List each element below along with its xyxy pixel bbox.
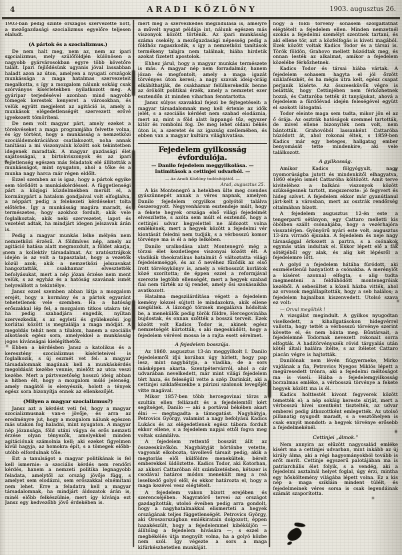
- column-left: 1903-ban pedig szinte országos szervezet…: [5, 22, 131, 550]
- ink-speck: [395, 168, 397, 171]
- subsection-heading: A gyilkosság.: [273, 159, 398, 165]
- subsection-heading: Cettinjei „álmok.”: [273, 435, 398, 441]
- ink-speck: [397, 300, 399, 302]
- paragraph: A vizsgálat megindult. A gyilkos nyugodt…: [273, 314, 398, 358]
- paragraph: A fejedelem vakon bízott erejében és sze…: [138, 491, 267, 550]
- paragraph: mert még a szervezkedés megindulása is, …: [138, 22, 267, 61]
- paragraph: Amikor Kadics fölgyógyult, nagy nyomorús…: [273, 167, 398, 211]
- paragraph: Danilónak nem lévén fiúgyermeke, Mirko v…: [273, 359, 398, 392]
- paragraph: Hatalma megszilárdítása végett a fejedel…: [138, 295, 267, 339]
- ink-speck: [395, 430, 397, 433]
- paragraph: Kadics Todor és társai hiába vártak. A f…: [273, 67, 398, 111]
- paragraph: A kis Montenegró a hetekben ülte meg cse…: [138, 189, 267, 244]
- ink-speck: [9, 57, 11, 59]
- paragraph: Nem annyira az elűzött nagycsalád emléke…: [273, 443, 398, 498]
- column-middle: mert még a szervezkedés megindulása is, …: [138, 22, 267, 550]
- section-heading: (A pártok és a szocializmus.): [5, 42, 131, 48]
- paragraph: A golyó a fejedelem hátába fúródott, aki…: [273, 263, 398, 307]
- paragraph: 1903-ban pedig szinte országos szervezet…: [5, 22, 131, 39]
- issue-date: 1903. augusztus 26.: [330, 5, 396, 13]
- article-byline: — Az Aradi Közlöny tudósítójától. —: [138, 176, 267, 181]
- section-heading: (Milyen a magyar szocializmus?): [5, 399, 131, 405]
- article-dateline: Arad, augusztus 25.: [138, 183, 265, 188]
- ink-smudge: [132, 300, 135, 330]
- column-right: hogy a földi törvény sohasem szolgáltath…: [273, 22, 398, 550]
- ink-speck: [396, 243, 398, 245]
- paragraph: Ezt a tanulságot a magyar politikának is…: [5, 457, 131, 507]
- article-subheadline: — Danilo fejedelem meggyilkolása. — Inti…: [141, 163, 264, 175]
- paragraph: Jansz ezzel szemben abban látja a mozgal…: [5, 290, 131, 345]
- quote-line: — Orvul megölték !: [273, 308, 398, 314]
- column-rule-right: [269, 20, 270, 547]
- page-header: 4 ARADI KÖZLÖNY 1903. augusztus 26.: [8, 3, 396, 16]
- paragraph: Jansz azt a kérdést veti fel, hogy a mag…: [5, 407, 131, 457]
- paragraph: Todor eleinte maga sem tudta, mikor jön …: [273, 112, 398, 156]
- paragraph: Ezzel szemben az is igaz, hogy a pártok …: [5, 178, 131, 233]
- column-rule-left: [133, 20, 134, 547]
- ink-smudge: [268, 380, 271, 398]
- ink-smudge: [132, 70, 135, 96]
- subsection-heading: A fejedelem bosszúja.: [138, 342, 267, 348]
- ink-speck: [3, 252, 5, 254]
- paragraph: Pedig a magyar munkás lelke mélyén nem n…: [5, 234, 131, 289]
- paragraph: Mikor 1857-ben több hercegovinai törzs a…: [138, 395, 267, 439]
- paragraph: De nem volt magyar párt, amely ezeket a …: [5, 122, 131, 177]
- paragraph: Az 1860. augusztus 13-án meggyilkolt I. …: [138, 350, 267, 394]
- ink-speck: [5, 160, 7, 163]
- paragraph: Jansz súlyos szavakkal fejezi be fejtege…: [138, 101, 267, 140]
- paragraph: Ehhez járul, hogy a magyar munkás termés…: [138, 62, 267, 101]
- paragraph: De nem halt meg, nem az, nem az ipari sz…: [5, 50, 131, 122]
- paragraph: Kadics holttestét kivont fegyverek közöt…: [273, 393, 398, 432]
- article-divider: [138, 143, 267, 144]
- paragraph: Ebben a kérdésben Jansz a katolikus és a…: [5, 346, 131, 396]
- paragraph: hogy a földi törvény sohasem szolgáltath…: [273, 22, 398, 66]
- paragraph: A fejedelem augusztus 12-én este a tenge…: [273, 212, 398, 262]
- ink-smudge: [132, 150, 135, 210]
- ink-speck: [372, 497, 374, 499]
- paragraph: Danilo uralkodása alatt Montenegró még a…: [138, 245, 267, 295]
- ink-speck: [6, 345, 8, 347]
- header-rule: [2, 17, 400, 19]
- article-headline: Fejedelem gyilkosság évfordulója.: [138, 146, 267, 162]
- paragraph: A fejedelem rettentő bosszút állt az öss…: [138, 440, 267, 490]
- newspaper-page: 4 ARADI KÖZLÖNY 1903. augusztus 26. 1903…: [0, 0, 402, 555]
